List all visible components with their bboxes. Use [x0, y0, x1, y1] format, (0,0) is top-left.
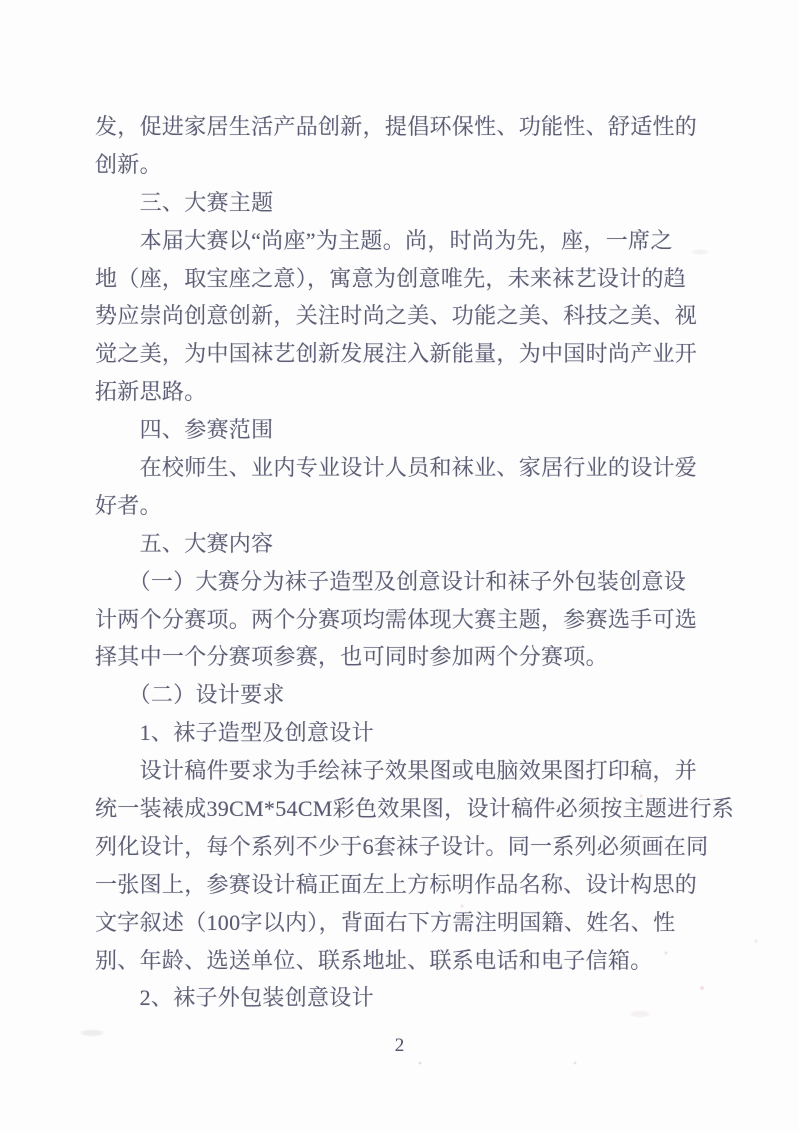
section-heading: 2、袜子外包装创意设计	[95, 979, 711, 1017]
section-heading: 三、大赛主题	[95, 184, 711, 222]
text-line: （一）大赛分为袜子造型及创意设计和袜子外包装创意设	[95, 563, 711, 601]
text-line: 势应崇尚创意创新，关注时尚之美、功能之美、科技之美、视	[95, 297, 711, 335]
text-line: 觉之美，为中国袜艺创新发展注入新能量，为中国时尚产业开	[95, 335, 711, 373]
text-line: 统一装裱成39CM*54CM彩色效果图，设计稿件必须按主题进行系	[95, 790, 711, 828]
text-line: 创新。	[95, 146, 711, 184]
text-line: 设计稿件要求为手绘袜子效果图或电脑效果图打印稿，并	[95, 752, 711, 790]
text-line: 一张图上，参赛设计稿正面左上方标明作品名称、设计构思的	[95, 866, 711, 904]
text-line: 发，促进家居生活产品创新，提倡环保性、功能性、舒适性的	[95, 108, 711, 146]
section-heading: 四、参赛范围	[95, 411, 711, 449]
section-heading: 1、袜子造型及创意设计	[95, 714, 711, 752]
text-line: 文字叙述（100字以内），背面右下方需注明国籍、姓名、性	[95, 904, 711, 942]
text-line: 择其中一个分赛项参赛，也可同时参加两个分赛项。	[95, 638, 711, 676]
text-line: 别、年龄、选送单位、联系地址、联系电话和电子信箱。	[95, 942, 711, 980]
text-line: 地（座，取宝座之意），寓意为创意唯先，未来袜艺设计的趋	[95, 260, 711, 298]
document-body: 发，促进家居生活产品创新，提倡环保性、功能性、舒适性的 创新。 三、大赛主题 本…	[95, 108, 711, 1017]
text-line: 好者。	[95, 487, 711, 525]
page-number: 2	[0, 1034, 799, 1058]
text-line: 在校师生、业内专业设计人员和袜业、家居行业的设计爱	[95, 449, 711, 487]
section-heading: 五、大赛内容	[95, 525, 711, 563]
text-line: 列化设计，每个系列不少于6套袜子设计。同一系列必须画在同	[95, 828, 711, 866]
text-line: 计两个分赛项。两个分赛项均需体现大赛主题，参赛选手可选	[95, 601, 711, 639]
text-line: 拓新思路。	[95, 373, 711, 411]
text-line: 本届大赛以“尚座”为主题。尚，时尚为先，座，一席之	[95, 222, 711, 260]
section-heading: （二）设计要求	[95, 676, 711, 714]
document-page: 发，促进家居生活产品创新，提倡环保性、功能性、舒适性的 创新。 三、大赛主题 本…	[0, 0, 799, 1131]
